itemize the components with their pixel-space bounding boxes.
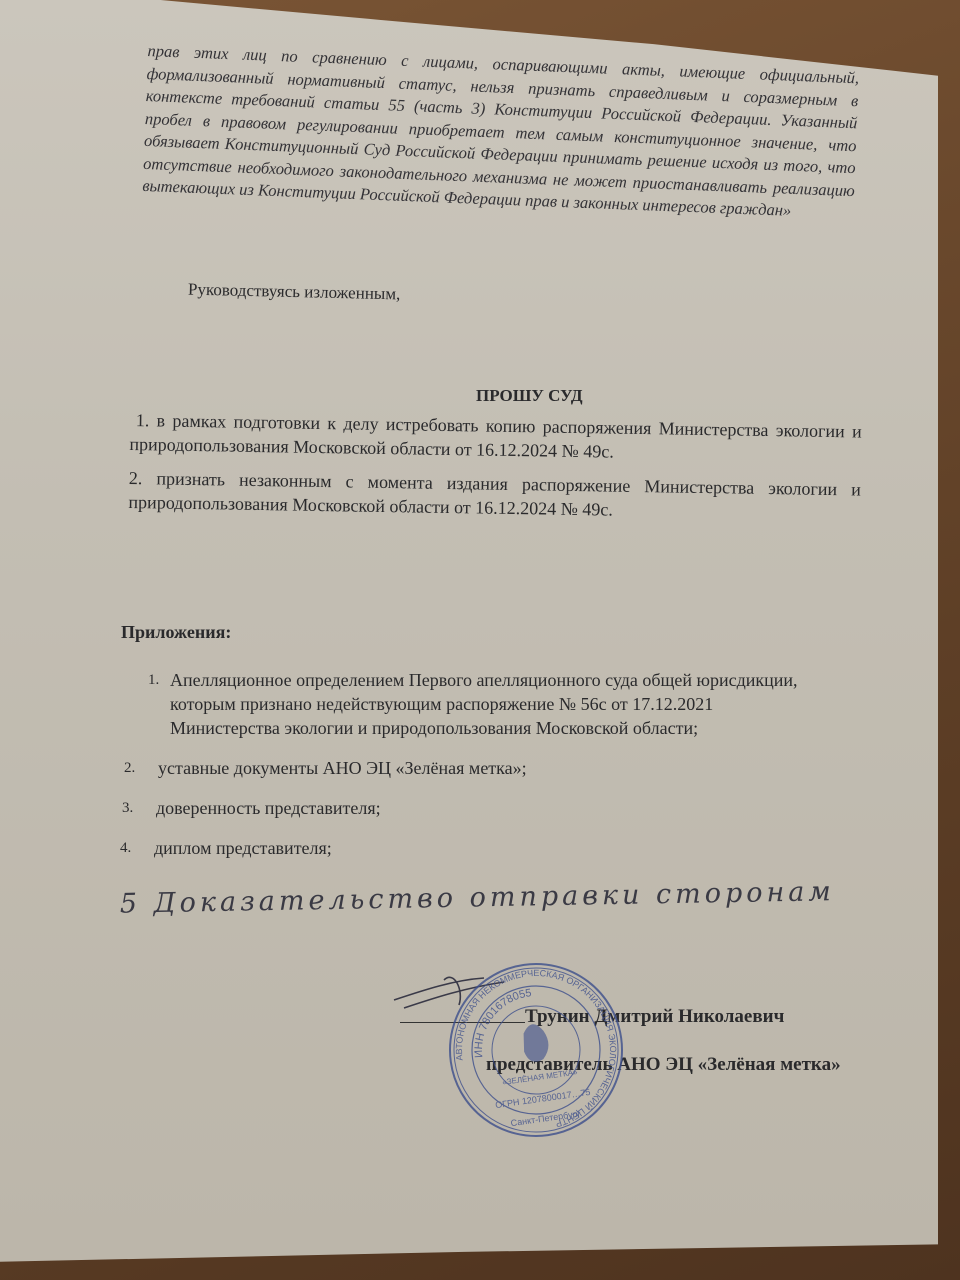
attachments-list: 1. Апелляционное определением Первого ап… [130,668,810,876]
attachment-item: 4. диплом представителя; [114,836,810,860]
attachments-heading: Приложения: [121,622,231,643]
document-page: прав этих лиц по сравнению с лицами, осп… [0,0,960,1280]
handwritten-note: 5 Доказательство отправки сторонам [120,875,881,940]
attachment-text: уставные документы АНО ЭЦ «Зелёная метка… [158,756,527,780]
attachment-text: доверенность представителя; [156,796,381,820]
request-heading: ПРОШУ СУД [476,386,583,406]
attachment-number: 1. [130,668,170,740]
attachment-item: 2. уставные документы АНО ЭЦ «Зелёная ме… [118,756,810,780]
organization-stamp-icon: АВТОНОМНАЯ НЕКОММЕРЧЕСКАЯ ОРГАНИЗАЦИЯ ЭК… [437,951,636,1150]
guided-by-text: Руководствуясь изложенным, [188,280,401,305]
attachment-number: 4. [114,836,154,860]
attachment-number: 2. [118,756,158,780]
attachment-text: Апелляционное определением Первого апелл… [170,668,810,740]
quote-paragraph: прав этих лиц по сравнению с лицами, осп… [142,40,860,225]
request-item: 2. признать незаконным с момента издания… [128,466,861,525]
stamp-ogrn: ОГРН 1207800017…75 [495,1087,591,1110]
attachment-item: 1. Апелляционное определением Первого ап… [130,668,810,740]
request-item: 1. в рамках подготовки к делу истребоват… [129,408,862,467]
request-list: 1. в рамках подготовки к делу истребоват… [128,408,862,535]
attachment-number: 3. [116,796,156,820]
stamp-city: Санкт-Петербург [510,1108,582,1128]
attachment-item: 3. доверенность представителя; [116,796,810,820]
attachment-text: диплом представителя; [154,836,332,860]
stamp-center: «ЗЕЛЁНАЯ МЕТКА» [502,1067,579,1087]
